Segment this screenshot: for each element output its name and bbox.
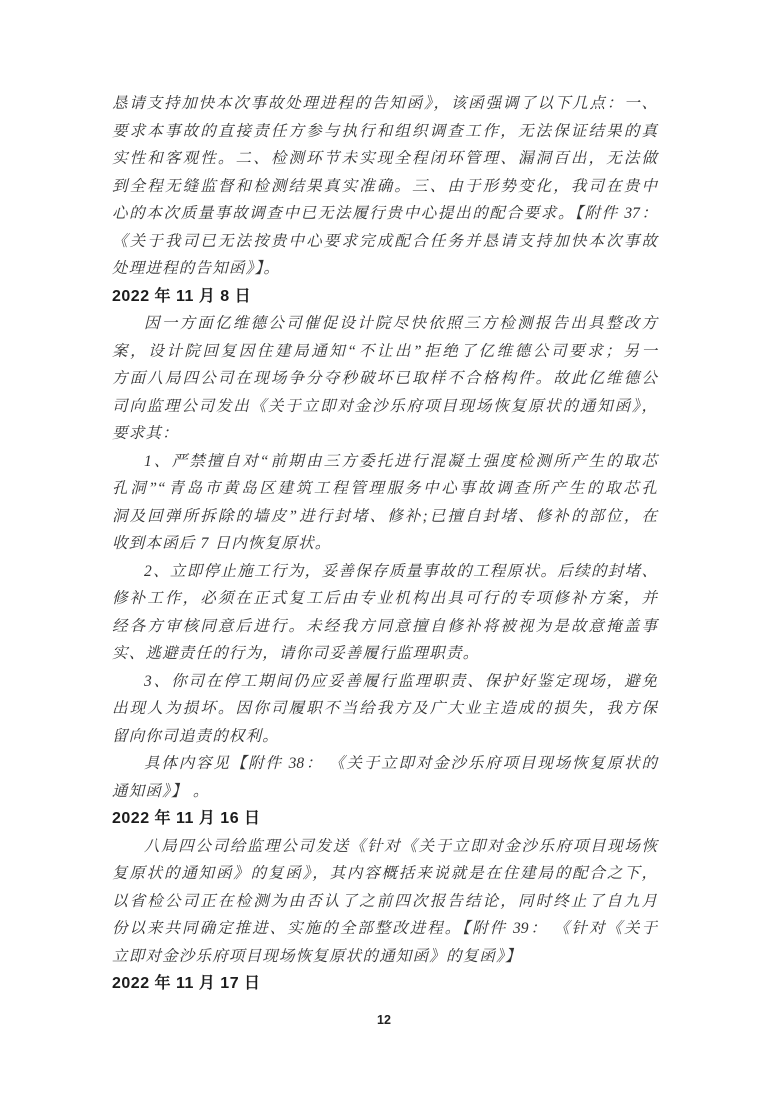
date-heading: 2022 年 11 月 16 日 — [112, 805, 657, 833]
text-line: 方面八局四公司在现场争分夺秒破坏已取样不合格构件。故此亿维德公 — [112, 365, 657, 393]
text-line: 《关于我司已无法按贵中心要求完成配合任务并恳请支持加快本次事故 — [112, 228, 657, 256]
text-line: 经各方审核同意后进行。未经我方同意擅自修补将被视为是故意掩盖事 — [112, 613, 657, 641]
document-page: 恳请支持加快本次事故处理进程的告知函》，该函强调了以下几点：一、要求本事故的直接… — [0, 0, 768, 1096]
text-line: 通知函》】 。 — [112, 778, 657, 806]
page-number: 12 — [0, 1013, 768, 1027]
text-line: 立即对金沙乐府项目现场恢复原状的通知函》的复函》】 — [112, 943, 657, 971]
text-line: 案，设计院回复因住建局通知“不让出”拒绝了亿维德公司要求；另一 — [112, 338, 657, 366]
text-line: 实性和客观性。二、检测环节未实现全程闭环管理、漏洞百出，无法做 — [112, 145, 657, 173]
text-line: 孔洞”“青岛市黄岛区建筑工程管理服务中心事故调查所产生的取芯孔 — [112, 475, 657, 503]
text-line: 八局四公司给监理公司发送《针对《关于立即对金沙乐府项目现场恢 — [112, 833, 657, 861]
date-heading: 2022 年 11 月 17 日 — [112, 970, 657, 998]
text-line: 复原状的通知函》的复函》，其内容概括来说就是在住建局的配合之下， — [112, 860, 657, 888]
text-line: 留向你司追责的权利。 — [112, 723, 657, 751]
text-line: 份以来共同确定推进、实施的全部整改进程。【附件 39： 《针对《关于 — [112, 915, 657, 943]
text-line: 恳请支持加快本次事故处理进程的告知函》，该函强调了以下几点：一、 — [112, 90, 657, 118]
text-line: 具体内容见【附件 38： 《关于立即对金沙乐府项目现场恢复原状的 — [112, 750, 657, 778]
text-line: 心的本次质量事故调查中已无法履行贵中心提出的配合要求。【附件 37： — [112, 200, 657, 228]
text-line: 修补工作，必须在正式复工后由专业机构出具可行的专项修补方案，并 — [112, 585, 657, 613]
text-line: 出现人为损坏。因你司履职不当给我方及广大业主造成的损失，我方保 — [112, 695, 657, 723]
text-line: 实、逃避责任的行为，请你司妥善履行监理职责。 — [112, 640, 657, 668]
text-line: 要求其： — [112, 420, 657, 448]
text-line: 2、立即停止施工行为，妥善保存质量事故的工程原状。后续的封堵、 — [112, 558, 657, 586]
text-line: 到全程无缝监督和检测结果真实准确。三、由于形势变化，我司在贵中 — [112, 173, 657, 201]
text-line: 收到本函后 7 日内恢复原状。 — [112, 530, 657, 558]
text-line: 3、你司在停工期间仍应妥善履行监理职责、保护好鉴定现场，避免 — [112, 668, 657, 696]
text-line: 因一方面亿维德公司催促设计院尽快依照三方检测报告出具整改方 — [112, 310, 657, 338]
date-heading: 2022 年 11 月 8 日 — [112, 283, 657, 311]
text-line: 以省检公司正在检测为由否认了之前四次报告结论，同时终止了自九月 — [112, 888, 657, 916]
text-line: 洞及回弹所拆除的墙皮”进行封堵、修补;已擅自封堵、修补的部位，在 — [112, 503, 657, 531]
text-line: 要求本事故的直接责任方参与执行和组织调查工作，无法保证结果的真 — [112, 118, 657, 146]
text-line: 处理进程的告知函》】。 — [112, 255, 657, 283]
document-body: 恳请支持加快本次事故处理进程的告知函》，该函强调了以下几点：一、要求本事故的直接… — [112, 90, 657, 998]
text-line: 1、严禁擅自对“前期由三方委托进行混凝土强度检测所产生的取芯 — [112, 448, 657, 476]
text-line: 司向监理公司发出《关于立即对金沙乐府项目现场恢复原状的通知函》， — [112, 393, 657, 421]
